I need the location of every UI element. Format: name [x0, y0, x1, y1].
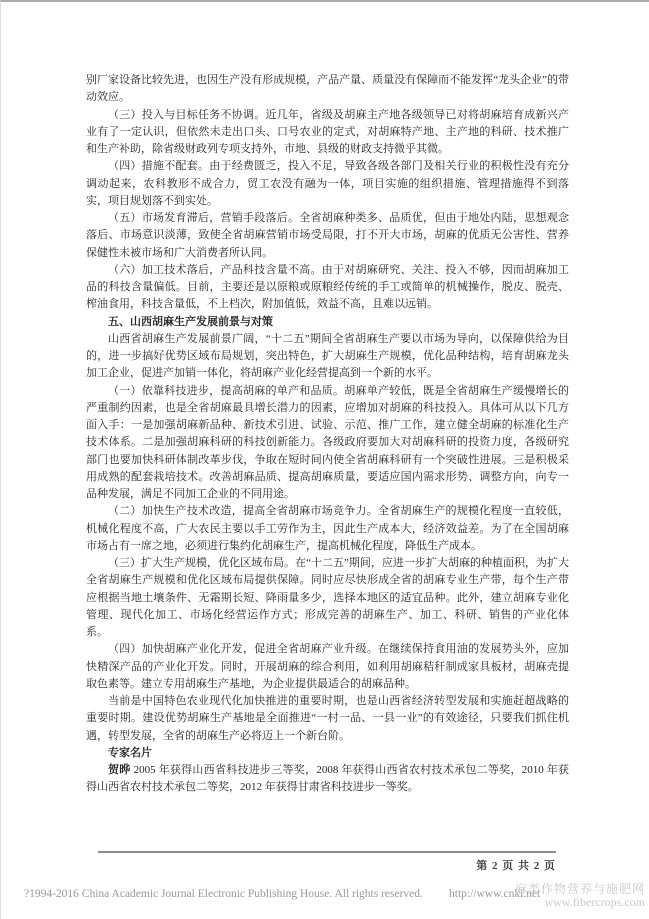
paragraph: （四）措施不配套。由于经费匮乏，投入不足，导致各级各部门及相关行业的积极性没有充…: [86, 158, 569, 210]
paragraph: 当前是中国特色农业现代化加快推进的重要时期，也是山西省经济转型发展和实施赶超战略…: [86, 693, 569, 745]
page-number: 第 2 页 共 2 页: [98, 857, 556, 873]
copyright-notice: ?1994-2016 China Academic Journal Electr…: [24, 888, 423, 900]
expert-bio-paragraph: 贺晔 2005 年获得山西省科技进步三等奖，2008 年获得山西省农村技术承包二…: [86, 762, 569, 797]
paragraph: （三）扩大生产规模，优化区域布局。在“十二五”期间，应进一步扩大胡麻的种植面积，…: [86, 555, 569, 641]
watermark-site-url: www.fibercrops.com: [515, 896, 645, 909]
section-heading: 五、山西胡麻生产发展前景与对策: [86, 314, 569, 331]
paragraph: 山西省胡麻生产发展前景广阔，“十二五”期间全省胡麻生产要以市场为导向，以保障供给…: [86, 331, 569, 383]
paragraph: （二）加快生产技术改造，提高全省胡麻市场竞争力。全省胡麻生产的规模化程度一直较低…: [86, 503, 569, 555]
paragraph: （三）投入与目标任务不协调。近几年，省级及胡麻主产地各级领导已对将胡麻培育成新兴…: [86, 107, 569, 159]
paragraph: （六）加工技术落后，产品科技含量不高。由于对胡麻研究、关注、投入不够，因而胡麻加…: [86, 262, 569, 314]
document-page: 别厂家设备比较先进，也因生产没有形成规模，产品产量、质量没有保障而不能发挥“龙头…: [0, 0, 649, 919]
watermark: 麻类作物营养与施肥网 www.fibercrops.com: [515, 883, 645, 909]
article-body: 别厂家设备比较先进，也因生产没有形成规模，产品产量、质量没有保障而不能发挥“龙头…: [86, 72, 569, 797]
paragraph: 别厂家设备比较先进，也因生产没有形成规模，产品产量、质量没有保障而不能发挥“龙头…: [86, 72, 569, 107]
paragraph: （四）加快胡麻产业化开发，促进全省胡麻产业升级。在继续保持食用油的发展势头外，应…: [86, 641, 569, 693]
section-heading: 专家名片: [86, 745, 569, 762]
expert-name: 贺晔: [108, 764, 131, 776]
footer-divider: [98, 851, 556, 853]
paragraph: （一）依靠科技进步，提高胡麻的单产和品质。胡麻单产较低，既是全省胡麻生产缓慢增长…: [86, 383, 569, 504]
paragraph: （五）市场发育滞后，营销手段落后。全省胡麻种类多、品质优，但由于地处内陆，思想观…: [86, 210, 569, 262]
